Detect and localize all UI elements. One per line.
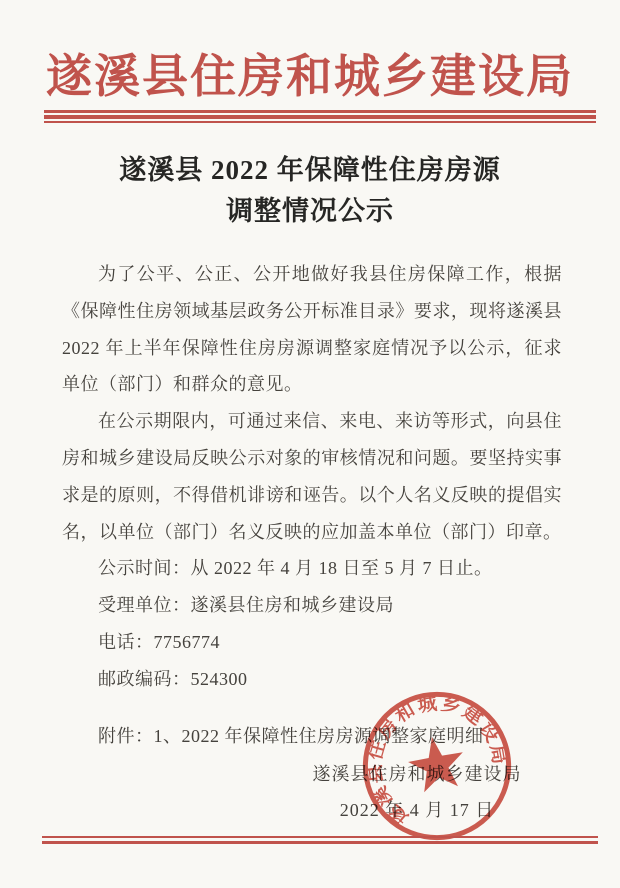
document-title: 遂溪县 2022 年保障性住房房源 调整情况公示 [0,150,620,232]
official-seal-stamp: 遂溪县住房和城乡建设局 [360,689,514,843]
letterhead-agency-name: 遂溪县住房和城乡建设局 [0,50,620,104]
info-line-public-notice-period: 公示时间：从 2022 年 4 月 18 日至 5 月 7 日止。 [62,550,562,587]
divider-line [44,110,596,113]
body-paragraph: 为了公平、公正、公开地做好我县住房保障工作，根据《保障性住房领域基层政务公开标准… [62,256,562,403]
info-line-accepting-unit: 受理单位：遂溪县住房和城乡建设局 [62,587,562,624]
letterhead-divider [44,110,596,123]
document-body: 为了公平、公正、公开地做好我县住房保障工作，根据《保障性住房领域基层政务公开标准… [62,256,562,698]
info-line-phone: 电话：7756774 [62,624,562,661]
divider-line [42,836,598,838]
document-title-line2: 调整情况公示 [0,191,620,232]
divider-line [44,121,596,123]
star-icon [405,732,469,794]
divider-line [44,115,596,119]
document-title-line1: 遂溪县 2022 年保障性住房房源 [0,150,620,191]
footer-divider [42,836,598,844]
body-paragraph: 在公示期限内，可通过来信、来电、来访等形式，向县住房和城乡建设局反映公示对象的审… [62,403,562,550]
scanned-document-page: 遂溪县住房和城乡建设局 遂溪县 2022 年保障性住房房源 调整情况公示 为了公… [0,0,620,888]
divider-line [42,841,598,844]
